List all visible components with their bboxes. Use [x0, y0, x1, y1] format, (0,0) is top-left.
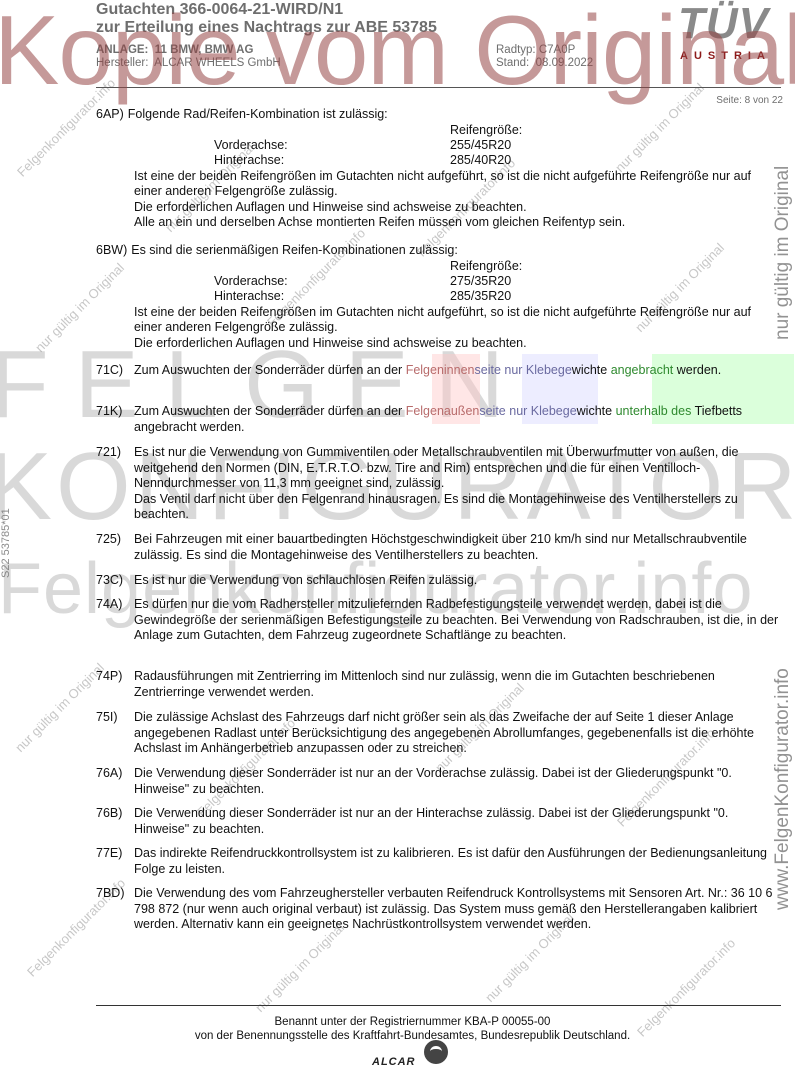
paragraph: Alle an ein und derselben Achse montiert…	[134, 215, 781, 231]
section-code: 6AP)	[96, 107, 124, 123]
alcar-logo: ALCAR	[372, 1040, 452, 1074]
item-text: Die Verwendung dieser Sonderräder ist nu…	[134, 806, 781, 837]
item-code: 7BD)	[96, 886, 124, 902]
item-74p: 74P) Radausführungen mit Zentrierring im…	[96, 669, 781, 700]
item-code: 77E)	[96, 846, 122, 862]
anlage-row: ANLAGE: 11 BMW, BMW AG	[96, 44, 253, 57]
item-74a: 74A) Es dürfen nur die vom Radhersteller…	[96, 597, 781, 644]
item-text: Die Verwendung dieser Sonderräder ist nu…	[134, 766, 781, 797]
axle-label: Vorderachse:	[214, 274, 288, 290]
item-73c: 73C) Es ist nur die Verwendung von schla…	[96, 573, 781, 589]
stand-row: Stand: 08.09.2022	[496, 57, 593, 70]
tuv-austria-logo: TÜV AUSTRIA	[678, 2, 788, 64]
section-6bw: 6BW) Es sind die serienmäßigen Reifen-Ko…	[96, 243, 781, 351]
item-text: Es dürfen nur die vom Radhersteller mitz…	[134, 597, 781, 644]
text-run: wichte	[577, 404, 616, 418]
radtyp-row: Radtyp: C7A0P	[496, 44, 575, 57]
anlage-value: 11 BMW, BMW AG	[155, 44, 254, 56]
alcar-logo-text: ALCAR	[372, 1056, 416, 1068]
hersteller-value: ALCAR WHEELS GmbH	[154, 57, 281, 69]
header-divider	[96, 87, 781, 88]
text-run-red: Felgenaußen	[406, 404, 480, 418]
item-text: Zum Auswuchten der Sonderräder dürfen an…	[134, 404, 781, 435]
hersteller-row: Hersteller: ALCAR WHEELS GmbH	[96, 57, 281, 70]
axle-label: Hinterachse:	[214, 289, 284, 305]
item-7bd: 7BD) Die Verwendung des vom Fahrzeughers…	[96, 886, 781, 933]
stand-label: Stand:	[496, 57, 529, 69]
alcar-logo-emblem-icon	[424, 1040, 448, 1064]
watermark-vertical-original: nur gültig im Original	[772, 166, 794, 340]
text-run: wichte	[572, 363, 611, 377]
text-run-green: unterhalb des	[616, 404, 692, 418]
item-code: 75I)	[96, 710, 118, 726]
item-code: 721)	[96, 445, 121, 461]
anlage-label: ANLAGE:	[96, 44, 148, 56]
tuv-logo-word: TÜV	[678, 2, 769, 46]
item-text: Radausführungen mit Zentrierring im Mitt…	[134, 669, 781, 700]
paragraph: Die erforderlichen Auflagen und Hinweise…	[134, 336, 781, 352]
item-721: 721) Es ist nur die Verwendung von Gummi…	[96, 445, 781, 523]
axle-label: Hinterachse:	[214, 153, 284, 169]
text-run-red: Felgeninnen	[406, 363, 475, 377]
item-76b: 76B) Die Verwendung dieser Sonderräder i…	[96, 806, 781, 837]
item-text: Die zulässige Achslast des Fahrzeugs dar…	[134, 710, 781, 757]
section-intro: Es sind die serienmäßigen Reifen-Kombina…	[131, 243, 458, 259]
text-run-green: angebracht	[611, 363, 674, 377]
item-76a: 76A) Die Verwendung dieser Sonderräder i…	[96, 766, 781, 797]
tire-size-table: Reifengröße: Vorderachse: 255/45R20 Hint…	[96, 123, 781, 169]
text-run: werden.	[673, 363, 721, 377]
table-header: Reifengröße:	[450, 123, 522, 139]
radtyp-label: Radtyp:	[496, 44, 536, 56]
item-code: 725)	[96, 532, 121, 548]
document-page: FELGEN KONFIGURATOR Felgenkonfigurator.i…	[0, 0, 795, 1074]
tire-size-value: 285/40R20	[450, 153, 511, 169]
footer-line-1: Benannt unter der Registriernummer KBA-P…	[30, 1016, 795, 1028]
item-77e: 77E) Das indirekte Reifendruckkontrollsy…	[96, 846, 781, 877]
item-text: Es ist nur die Verwendung von Gummiventi…	[134, 445, 781, 492]
item-text: Das Ventil darf nicht über den Felgenran…	[134, 492, 781, 523]
item-text: Das indirekte Reifendruckkontrollsystem …	[134, 846, 781, 877]
tire-size-value: 275/35R20	[450, 274, 511, 290]
item-code: 74A)	[96, 597, 122, 613]
paragraph: Ist eine der beiden Reifengrößen im Guta…	[134, 305, 781, 336]
text-run: Zum Auswuchten der Sonderräder dürfen an…	[134, 404, 406, 418]
item-code: 73C)	[96, 573, 123, 589]
paragraph: Die erforderlichen Auflagen und Hinweise…	[134, 200, 781, 216]
item-725: 725) Bei Fahrzeugen mit einer bauartbedi…	[96, 532, 781, 563]
stand-value: 08.09.2022	[536, 57, 594, 69]
footer-divider	[96, 1005, 781, 1006]
item-code: 74P)	[96, 669, 122, 685]
item-71k: 71K) Zum Auswuchten der Sonderräder dürf…	[96, 404, 781, 435]
item-code: 71K)	[96, 404, 122, 420]
text-run-blue: seite nur Klebege	[479, 404, 576, 418]
axle-label: Vorderachse:	[214, 138, 288, 154]
section-intro: Folgende Rad/Reifen-Kombination ist zulä…	[128, 107, 388, 123]
watermark-vertical-url: www.FelgenKonfigurator.info	[772, 668, 794, 910]
item-text: Bei Fahrzeugen mit einer bauartbedingten…	[134, 532, 781, 563]
text-run-blue: seite nur Klebege	[475, 363, 572, 377]
watermark-diag: nur gültig im Original	[12, 660, 107, 755]
item-text: Die Verwendung des vom Fahrzeugherstelle…	[134, 886, 781, 933]
item-code: 76B)	[96, 806, 122, 822]
tire-size-table: Reifengröße: Vorderachse: 275/35R20 Hint…	[96, 259, 781, 305]
section-code: 6BW)	[96, 243, 127, 259]
watermark-diag: nur gültig im Original	[252, 920, 347, 1015]
item-71c: 71C) Zum Auswuchten der Sonderräder dürf…	[96, 363, 781, 379]
tire-size-value: 255/45R20	[450, 138, 511, 154]
hersteller-label: Hersteller:	[96, 57, 148, 69]
paragraph: Ist eine der beiden Reifengrößen im Guta…	[134, 169, 781, 200]
item-code: 71C)	[96, 363, 123, 379]
page-number: Seite: 8 von 22	[716, 95, 783, 106]
table-header: Reifengröße:	[450, 259, 522, 275]
item-text: Zum Auswuchten der Sonderräder dürfen an…	[134, 363, 781, 379]
radtyp-value: C7A0P	[539, 44, 575, 56]
item-75i: 75I) Die zulässige Achslast des Fahrzeug…	[96, 710, 781, 757]
watermark-left-number: S22 53785*01	[0, 508, 12, 578]
document-subtitle: zur Erteilung eines Nachtrags zur ABE 53…	[96, 18, 437, 37]
tuv-logo-austria: AUSTRIA	[680, 50, 771, 62]
item-code: 76A)	[96, 766, 122, 782]
item-text: Es ist nur die Verwendung von schlauchlo…	[134, 573, 781, 589]
text-run: Zum Auswuchten der Sonderräder dürfen an…	[134, 363, 406, 377]
tire-size-value: 285/35R20	[450, 289, 511, 305]
document-title: Gutachten 366-0064-21-WIRD/N1	[96, 0, 343, 19]
section-6ap: 6AP) Folgende Rad/Reifen-Kombination ist…	[96, 107, 781, 231]
